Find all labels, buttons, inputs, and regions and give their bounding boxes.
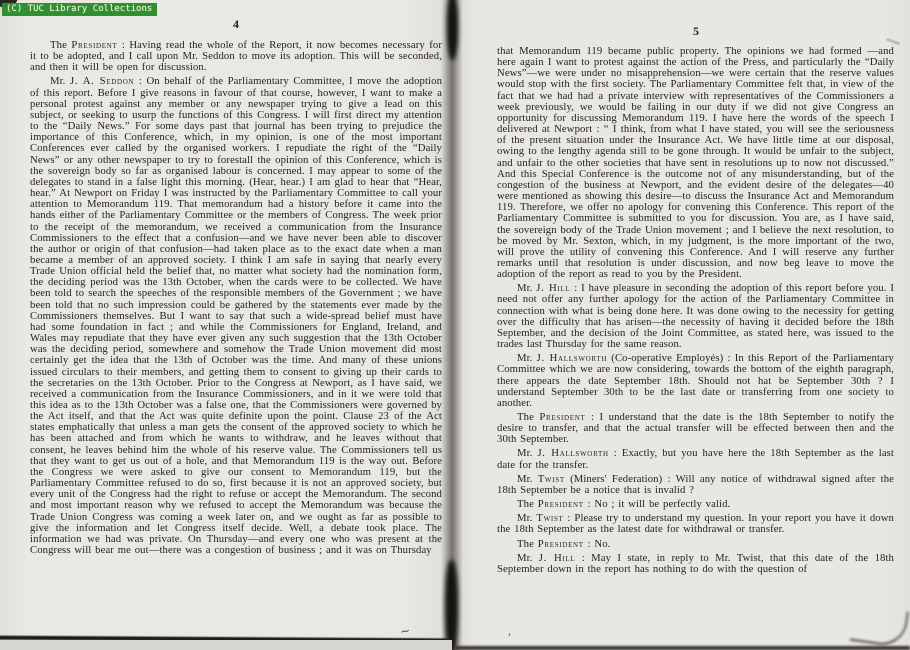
speaker-name: J. Hallsworth: [537, 447, 608, 459]
page-number-4: 4: [30, 17, 442, 32]
speech-paragraph: The President : No ; it will be perfectl…: [497, 499, 894, 510]
speech-paragraph: The President : I understand that the da…: [497, 412, 894, 445]
speaker-name: Twist: [536, 512, 563, 524]
speech-paragraph: Mr. Twist : Please try to understand my …: [497, 513, 894, 535]
page-4-text-column: The President : Having read the whole of…: [30, 40, 442, 559]
speaker-name: J. Hill: [536, 282, 570, 294]
tuc-library-watermark: (C) TUC Library Collections: [2, 3, 157, 16]
speech-paragraph: The President : Having read the whole of…: [30, 40, 442, 73]
speaker-name: President: [539, 411, 585, 423]
speech-paragraph: that Memorandum 119 became public proper…: [497, 46, 894, 280]
page-5-text-column: that Memorandum 119 became public proper…: [497, 46, 894, 578]
binding-gutter-shadow: [441, 0, 463, 650]
speaker-name: Twist: [538, 473, 565, 485]
speaker-name: President: [538, 498, 584, 510]
binding-shadow-bottom: [445, 560, 458, 650]
underlying-page-edge: [0, 640, 452, 650]
page-number-5: 5: [498, 24, 894, 39]
speaker-name: J. A. Seddon: [70, 75, 134, 87]
speech-paragraph: Mr. J. Hill : May I state, in reply to M…: [497, 553, 894, 575]
speaker-name: President: [538, 538, 584, 550]
speech-paragraph: Mr. J. A. Seddon : On behalf of the Parl…: [30, 76, 442, 556]
page-bottom-edge-right: [455, 646, 910, 650]
speech-paragraph: Mr. J. Hill : I have pleasure in secondi…: [497, 283, 894, 350]
speech-paragraph: Mr. Twist (Miners' Federation) : Will an…: [497, 474, 894, 496]
speech-paragraph: Mr. J. Hallsworth : Exactly, but you hav…: [497, 448, 894, 470]
speech-paragraph: Mr. J. Hallsworth (Co-operative Employés…: [497, 353, 894, 409]
speaker-name: J. Hill: [539, 552, 576, 564]
speaker-name: J. Hallsworth: [537, 352, 607, 364]
binding-shadow-top: [447, 0, 458, 60]
stray-ink-dot: ,: [508, 627, 511, 638]
speaker-name: President: [71, 39, 117, 51]
speech-paragraph: The President : No.: [497, 539, 894, 550]
scanned-document-spread: (C) TUC Library Collections 4 5 The Pres…: [0, 0, 910, 650]
